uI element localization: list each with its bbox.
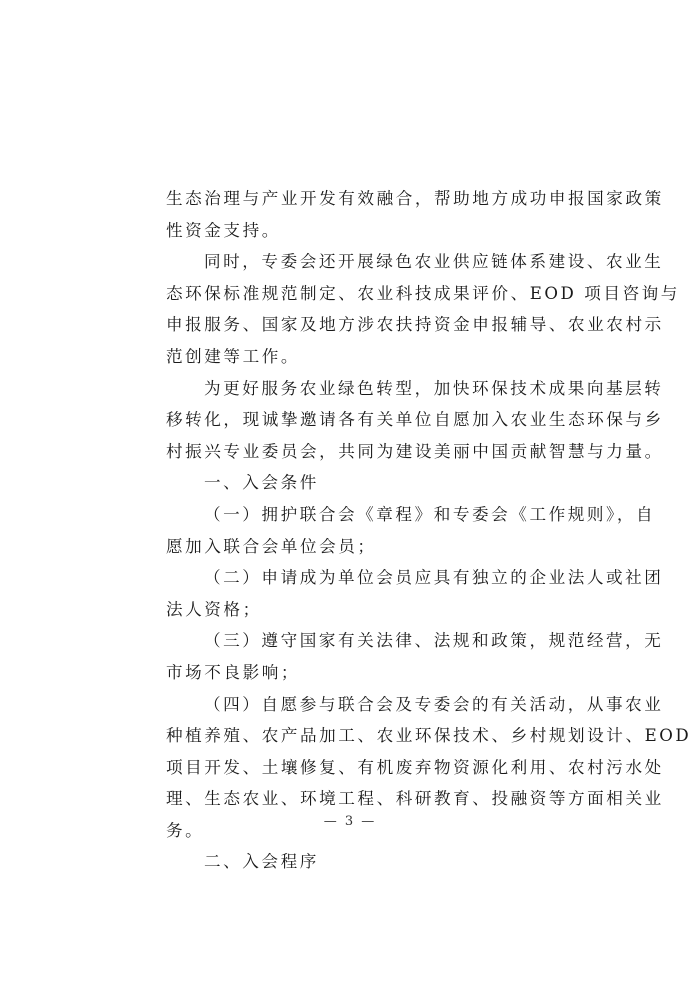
text-line: 村振兴专业委员会，共同为建设美丽中国贡献智慧与力量。 bbox=[166, 436, 534, 468]
text-line: （四）自愿参与联合会及专委会的有关活动，从事农业 bbox=[166, 689, 534, 721]
text-line: 移转化，现诚挚邀请各有关单位自愿加入农业生态环保与乡 bbox=[166, 404, 534, 436]
section-heading: 二、入会程序 bbox=[166, 846, 534, 878]
text-line: 种植养殖、农产品加工、农业环保技术、乡村规划设计、EOD bbox=[166, 720, 534, 752]
text-line: 申报服务、国家及地方涉农扶持资金申报辅导、农业农村示 bbox=[166, 309, 534, 341]
text-line: 法人资格； bbox=[166, 594, 534, 626]
text-line: 愿加入联合会单位会员； bbox=[166, 531, 534, 563]
text-line: 同时，专委会还开展绿色农业供应链体系建设、农业生 bbox=[166, 246, 534, 278]
text-line: （一）拥护联合会《章程》和专委会《工作规则》，自 bbox=[166, 499, 534, 531]
section-heading: 一、入会条件 bbox=[166, 467, 534, 499]
text-line: 态环保标准规范制定、农业科技成果评价、EOD 项目咨询与 bbox=[166, 278, 534, 310]
document-body: 生态治理与产业开发有效融合，帮助地方成功申报国家政策 性资金支持。 同时，专委会… bbox=[166, 183, 534, 878]
text-line: 市场不良影响； bbox=[166, 657, 534, 689]
text-line: 项目开发、土壤修复、有机废弃物资源化利用、农村污水处 bbox=[166, 752, 534, 784]
text-line: 范创建等工作。 bbox=[166, 341, 534, 373]
text-line: （三）遵守国家有关法律、法规和政策，规范经营，无 bbox=[166, 625, 534, 657]
page-number: — 3 — bbox=[0, 814, 700, 829]
text-line: 理、生态农业、环境工程、科研教育、投融资等方面相关业 bbox=[166, 783, 534, 815]
text-line: 性资金支持。 bbox=[166, 215, 534, 247]
text-line: 生态治理与产业开发有效融合，帮助地方成功申报国家政策 bbox=[166, 183, 534, 215]
text-line: 为更好服务农业绿色转型，加快环保技术成果向基层转 bbox=[166, 373, 534, 405]
text-line: （二）申请成为单位会员应具有独立的企业法人或社团 bbox=[166, 562, 534, 594]
